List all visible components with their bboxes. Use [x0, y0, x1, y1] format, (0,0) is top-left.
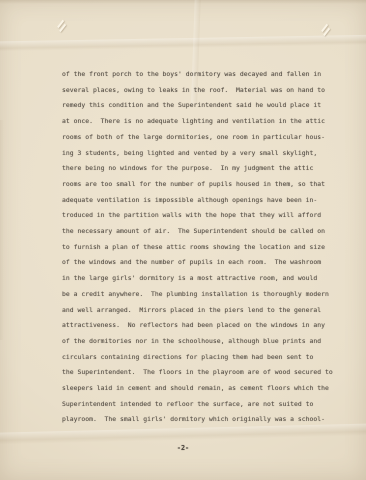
staple-mark-icon — [320, 24, 332, 36]
document-page: of the front porch to the boys' dormitor… — [0, 0, 366, 480]
staple-mark-icon — [56, 20, 68, 32]
paper-crease — [0, 120, 4, 340]
typewritten-body-text: of the front porch to the boys' dormitor… — [62, 67, 342, 428]
paper-crease — [0, 35, 366, 52]
page-number: -2- — [0, 444, 366, 452]
